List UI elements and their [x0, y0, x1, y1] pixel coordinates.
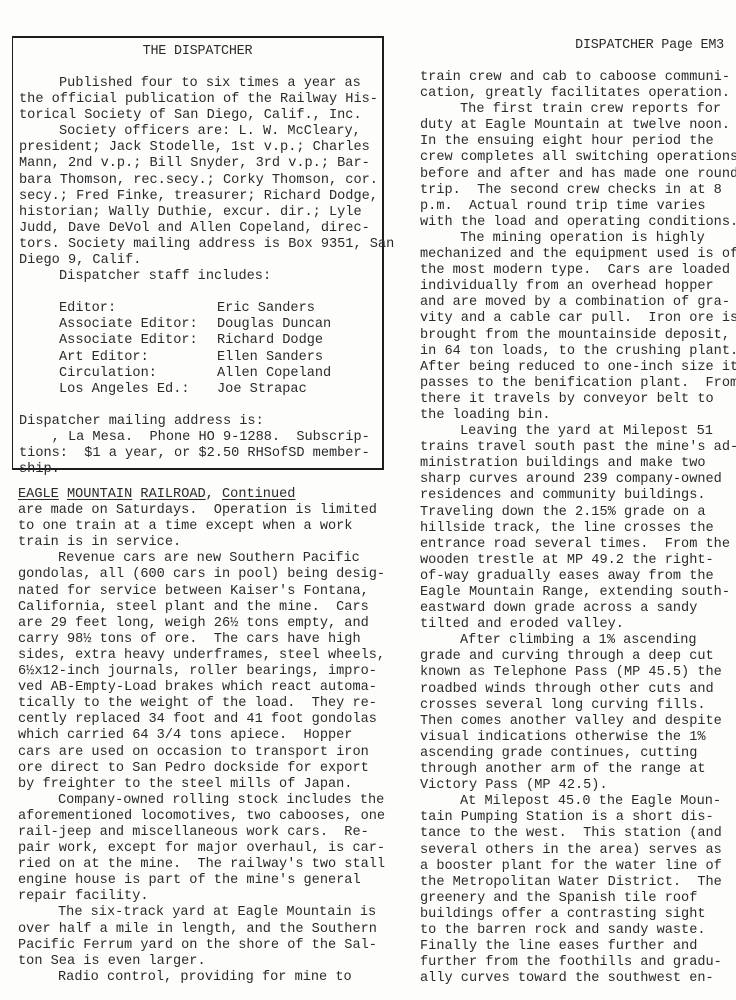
- text-line: train is in service.: [18, 535, 388, 551]
- officers-paragraph: Society officers are: L. W. McCleary, pr…: [19, 124, 379, 269]
- text-line: ascending grade continues, cutting: [420, 746, 720, 762]
- text-line: Published four to six times a year as: [19, 76, 379, 92]
- text-line: brought from the mountainside deposit,: [420, 328, 720, 344]
- article-left-column: EAGLE MOUNTAIN RAILROAD, Continued are m…: [18, 487, 388, 986]
- text-line: historian; Wally Duthie, excur. dir.; Ly…: [19, 205, 379, 221]
- text-line: Mann, 2nd v.p.; Bill Snyder, 3rd v.p.; B…: [19, 156, 379, 172]
- text-line: engine house is part of the mine's gener…: [18, 873, 388, 889]
- text-line: ved AB-Empty-Load brakes which react aut…: [18, 680, 388, 696]
- text-line: crosses several long curving fills.: [420, 698, 720, 714]
- text-line: tically to the weight of the load. They …: [18, 696, 388, 712]
- text-line: through another arm of the range at: [420, 762, 720, 778]
- heading-separator: ,: [206, 487, 222, 502]
- text-line: the official publication of the Railway …: [19, 92, 379, 108]
- staff-row: Associate Editor:Douglas Duncan: [59, 317, 331, 333]
- text-line: and are moved by a combination of gra-: [420, 295, 720, 311]
- text-line: At Milepost 45.0 the Eagle Moun-: [420, 794, 720, 810]
- text-line: cation, greatly facilitates operation.: [420, 86, 720, 102]
- heading-word: EAGLE: [18, 487, 59, 502]
- staff-name: Ellen Sanders: [217, 350, 331, 366]
- text-line: further from the foothills and gradu-: [420, 955, 720, 971]
- text-line: After being reduced to one-inch size it: [420, 360, 720, 376]
- text-line: the loading bin.: [420, 408, 720, 424]
- text-line: Society officers are: L. W. McCleary,: [19, 124, 379, 140]
- text-line: Judd, Dave DeVol and Allen Copeland, dir…: [19, 221, 379, 237]
- text-line: ship.: [19, 462, 379, 478]
- text-line: residences and community buildings.: [420, 488, 720, 504]
- staff-role: Art Editor:: [59, 350, 217, 366]
- text-line: eastward down grade across a sandy: [420, 601, 720, 617]
- text-line: carry 98½ tons of ore. The cars have hig…: [18, 632, 388, 648]
- text-line: California, steel plant and the mine. Ca…: [18, 600, 388, 616]
- text-line: vity and a cable car pull. Iron ore is: [420, 311, 720, 327]
- text-line: tions: $1 a year, or $2.50 RHSofSD membe…: [19, 446, 379, 462]
- text-line: which carried 64 3/4 tons apiece. Hopper: [18, 728, 388, 744]
- staff-role: Associate Editor:: [59, 333, 217, 349]
- text-line: a booster plant for the water line of: [420, 859, 720, 875]
- text-line: are 29 feet long, weigh 26½ tons empty, …: [18, 616, 388, 632]
- staff-row: Editor:Eric Sanders: [59, 301, 331, 317]
- text-line: buildings offer a contrasting sight: [420, 907, 720, 923]
- text-line: several others in the area) serves as: [420, 843, 720, 859]
- page-header-label: DISPATCHER Page EM3: [575, 38, 724, 54]
- right-column-text: train crew and cab to caboose communi-ca…: [420, 70, 720, 987]
- text-line: In the ensuing eight hour period the: [420, 134, 720, 150]
- text-line: repair facility.: [18, 889, 388, 905]
- text-line: wooden trestle at MP 49.2 the right-: [420, 553, 720, 569]
- text-line: ore direct to San Pedro dockside for exp…: [18, 761, 388, 777]
- text-line: known as Telephone Pass (MP 45.5) the: [420, 665, 720, 681]
- text-line: 6½x12-inch journals, roller bearings, im…: [18, 664, 388, 680]
- text-line: tain Pumping Station is a short dis-: [420, 810, 720, 826]
- text-line: pair work, except for major overhaul, is…: [18, 841, 388, 857]
- text-line: tance to the west. This station (and: [420, 826, 720, 842]
- text-line: Then comes another valley and despite: [420, 714, 720, 730]
- text-line: Pacific Ferrum yard on the shore of the …: [18, 938, 388, 954]
- publication-paragraph: Published four to six times a year as th…: [19, 76, 379, 124]
- text-line: grade and curving through a deep cut: [420, 649, 720, 665]
- text-line: The six-track yard at Eagle Mountain is: [18, 905, 388, 921]
- text-line: mechanized and the equipment used is of: [420, 247, 720, 263]
- text-line: aforementioned locomotives, two cabooses…: [18, 809, 388, 825]
- staff-row: Los Angeles Ed.:Joe Strapac: [59, 382, 331, 398]
- text-line: in 64 ton loads, to the crushing plant.: [420, 344, 720, 360]
- text-line: crew completes all switching operations: [420, 150, 720, 166]
- text-line: Traveling down the 2.15% grade on a: [420, 505, 720, 521]
- staff-name: Allen Copeland: [217, 366, 331, 382]
- left-column-text: are made on Saturdays. Operation is limi…: [18, 503, 388, 986]
- heading-word: RAILROAD: [140, 487, 205, 502]
- text-line: there it travels by conveyor belt to: [420, 392, 720, 408]
- article-heading: EAGLE MOUNTAIN RAILROAD, Continued: [18, 487, 388, 503]
- text-line: Victory Pass (MP 42.5).: [420, 778, 720, 794]
- text-line: Leaving the yard at Milepost 51: [420, 424, 720, 440]
- staff-role: Los Angeles Ed.:: [59, 382, 217, 398]
- staff-table: Editor:Eric SandersAssociate Editor:Doug…: [59, 301, 331, 398]
- text-line: The mining operation is highly: [420, 231, 720, 247]
- text-line: After climbing a 1% ascending: [420, 633, 720, 649]
- text-line: visual indications otherwise the 1%: [420, 730, 720, 746]
- text-line: over half a mile in length, and the Sout…: [18, 922, 388, 938]
- text-line: gondolas, all (600 cars in pool) being d…: [18, 567, 388, 583]
- text-line: hillside track, the line crosses the: [420, 521, 720, 537]
- masthead-title: THE DISPATCHER: [13, 44, 382, 60]
- text-line: torical Society of San Diego, Calif., In…: [19, 108, 379, 124]
- text-line: are made on Saturdays. Operation is limi…: [18, 503, 388, 519]
- text-line: nated for service between Kaiser's Fonta…: [18, 584, 388, 600]
- heading-word: MOUNTAIN: [67, 487, 132, 502]
- text-line: entrance road several times. From the: [420, 537, 720, 553]
- text-line: individually from an overhead hopper: [420, 279, 720, 295]
- text-line: roadbed winds through other cuts and: [420, 682, 720, 698]
- text-line: ton Sea is even larger.: [18, 954, 388, 970]
- staff-intro: Dispatcher staff includes:: [19, 269, 379, 285]
- text-line: cently replaced 34 foot and 41 foot gond…: [18, 712, 388, 728]
- text-line: train crew and cab to caboose communi-: [420, 70, 720, 86]
- text-line: ministration buildings and make two: [420, 456, 720, 472]
- staff-role: Associate Editor:: [59, 317, 217, 333]
- text-line: sides, extra heavy underframes, steel wh…: [18, 648, 388, 664]
- text-line: sharp curves around 239 company-owned: [420, 472, 720, 488]
- text-line: passes to the benification plant. From: [420, 376, 720, 392]
- staff-name: Richard Dodge: [217, 333, 331, 349]
- staff-role: Editor:: [59, 301, 217, 317]
- staff-name: Joe Strapac: [217, 382, 331, 398]
- text-line: tilted and eroded valley.: [420, 617, 720, 633]
- text-line: to one train at a time except when a wor…: [18, 519, 388, 535]
- masthead-body: Published four to six times a year as th…: [19, 76, 379, 478]
- text-line: to the barren rock and sandy waste.: [420, 923, 720, 939]
- text-line: The first train crew reports for: [420, 102, 720, 118]
- mailing-paragraph: Dispatcher mailing address is: , La Mesa…: [19, 414, 379, 478]
- text-line: before and after and has made one round: [420, 167, 720, 183]
- staff-name: Eric Sanders: [217, 301, 331, 317]
- text-line: rail-jeep and miscellaneous work cars. R…: [18, 825, 388, 841]
- text-line: the Metropolitan Water District. The: [420, 875, 720, 891]
- text-line: the most modern type. Cars are loaded: [420, 263, 720, 279]
- text-line: tors. Society mailing address is Box 935…: [19, 237, 379, 253]
- staff-role: Circulation:: [59, 366, 217, 382]
- text-line: Dispatcher mailing address is:: [19, 414, 379, 430]
- text-line: Revenue cars are new Southern Pacific: [18, 551, 388, 567]
- text-line: Eagle Mountain Range, extending south-: [420, 585, 720, 601]
- text-line: secy.; Fred Finke, treasurer; Richard Do…: [19, 189, 379, 205]
- text-line: bara Thomson, rec.secy.; Corky Thomson, …: [19, 173, 379, 189]
- text-line: , La Mesa. Phone HO 9-1288. Subscrip-: [19, 430, 379, 446]
- text-line: Diego 9, Calif.: [19, 253, 379, 269]
- text-line: Company-owned rolling stock includes the: [18, 793, 388, 809]
- staff-row: Associate Editor:Richard Dodge: [59, 333, 331, 349]
- newsletter-page: DISPATCHER Page EM3 THE DISPATCHER Publi…: [0, 0, 736, 1000]
- text-line: trains travel south past the mine's ad-: [420, 440, 720, 456]
- staff-row: Circulation:Allen Copeland: [59, 366, 331, 382]
- heading-continued: Continued: [222, 487, 295, 502]
- staff-name: Douglas Duncan: [217, 317, 331, 333]
- staff-row: Art Editor:Ellen Sanders: [59, 350, 331, 366]
- text-line: cars are used on occasion to transport i…: [18, 745, 388, 761]
- text-line: Finally the line eases further and: [420, 939, 720, 955]
- masthead-box: THE DISPATCHER Published four to six tim…: [12, 36, 384, 470]
- text-line: duty at Eagle Mountain at twelve noon.: [420, 118, 720, 134]
- text-line: greenery and the Spanish tile roof: [420, 891, 720, 907]
- text-line: ally curves toward the southwest en-: [420, 971, 720, 987]
- text-line: with the load and operating conditions.: [420, 215, 720, 231]
- text-line: Radio control, providing for mine to: [18, 970, 388, 986]
- text-line: p.m. Actual round trip time varies: [420, 199, 720, 215]
- text-line: trip. The second crew checks in at 8: [420, 183, 720, 199]
- text-line: by freighter to the steel mills of Japan…: [18, 777, 388, 793]
- article-right-column: train crew and cab to caboose communi-ca…: [420, 70, 720, 987]
- text-line: president; Jack Stodelle, 1st v.p.; Char…: [19, 140, 379, 156]
- text-line: ried on at the mine. The railway's two s…: [18, 857, 388, 873]
- text-line: of-way gradually eases away from the: [420, 569, 720, 585]
